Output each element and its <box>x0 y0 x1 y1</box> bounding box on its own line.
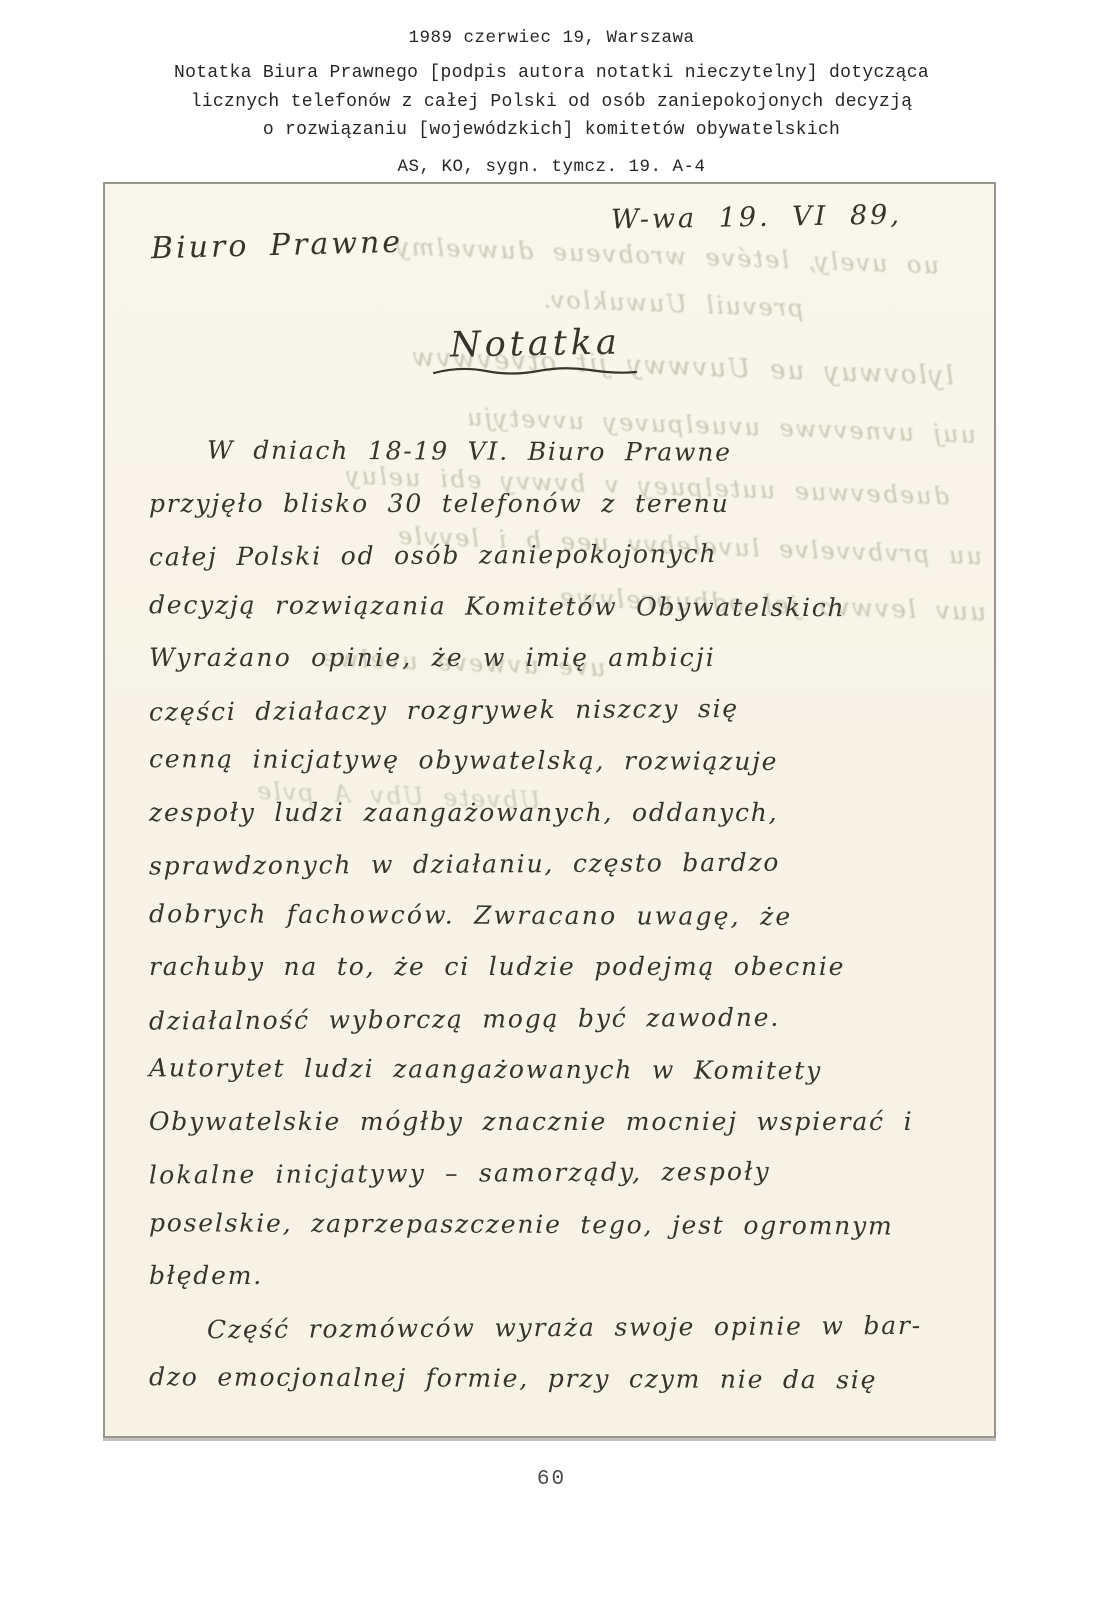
header-date-line: 1989 czerwiec 19, Warszawa <box>0 28 1103 48</box>
handwritten-line: sprawdzonych w działaniu, często bardzo <box>149 835 976 892</box>
header-title-line: licznych telefonów z całej Polski od osó… <box>0 88 1103 117</box>
handwritten-line: W dniach 18-19 VI. Biuro Prawne <box>149 424 976 479</box>
handwritten-line: przyjęło blisko 30 telefonów z terenu <box>149 478 976 530</box>
handwritten-line: cenną inicjatywę obywatelską, rozwiązuje <box>149 733 976 788</box>
header-title-line: o rozwiązaniu [wojewódzkich] komitetów o… <box>0 116 1103 145</box>
bleed-through-line: uo uvely, letéve wrobveue duwvelmy <box>394 232 940 279</box>
handwritten-line: poselskie, zaprzepaszczenie tego, jest o… <box>149 1197 976 1252</box>
handwritten-line: Część rozmówców wyraża swoje opinie w ba… <box>149 1299 976 1356</box>
handwritten-line: działalność wyborczą mogą być zawodne. <box>149 990 976 1047</box>
page-number: 60 <box>0 1468 1103 1491</box>
handwritten-line: rachuby na to, że ci ludzie podejmą obec… <box>149 941 976 993</box>
handwritten-line: dobrych fachowców. Zwracano uwagę, że <box>149 888 976 943</box>
handwritten-title: Notatka <box>449 323 620 366</box>
handwritten-date: W-wa 19. VI 89, <box>611 199 902 235</box>
handwritten-body: W dniach 18-19 VI. Biuro Prawne przyjęło… <box>149 426 976 1405</box>
handwritten-title-block: Notatka <box>385 324 685 378</box>
bleed-through-line: prevuil Uuwuklov. <box>542 285 805 322</box>
handwritten-line: błędem. <box>149 1250 976 1302</box>
handwritten-sender: Biuro Prawne <box>151 225 404 267</box>
handwritten-line: zespoły ludzi zaangażowanych, oddanych, <box>149 787 976 839</box>
title-underline <box>430 366 640 378</box>
handwritten-line: Autorytet ludzi zaangażowanych w Komitet… <box>149 1042 976 1097</box>
handwritten-line: lokalne inicjatywy – samorządy, zespoły <box>149 1144 976 1201</box>
header-title: Notatka Biura Prawnego [podpis autora no… <box>0 59 1103 145</box>
handwritten-line: całej Polski od osób zaniepokojonych <box>149 526 976 583</box>
scanned-page: uo uvely, letéve wrobveue duwvelmyprevui… <box>103 182 996 1438</box>
header-title-line: Notatka Biura Prawnego [podpis autora no… <box>0 59 1103 88</box>
handwritten-line: części działaczy rozgrywek niszczy się <box>149 681 976 738</box>
handwritten-line: decyzją rozwiązania Komitetów Obywatelsk… <box>149 579 976 634</box>
handwritten-line: dzo emocjonalnej formie, przy czym nie d… <box>149 1351 976 1406</box>
header-reference: AS, KO, sygn. tymcz. 19. A-4 <box>0 157 1103 177</box>
handwritten-line: Wyrażano opinie, że w imię ambicji <box>149 632 976 684</box>
typed-header: 1989 czerwiec 19, Warszawa Notatka Biura… <box>0 28 1103 177</box>
handwritten-line: Obywatelskie mógłby znacznie mocniej wsp… <box>149 1096 976 1148</box>
